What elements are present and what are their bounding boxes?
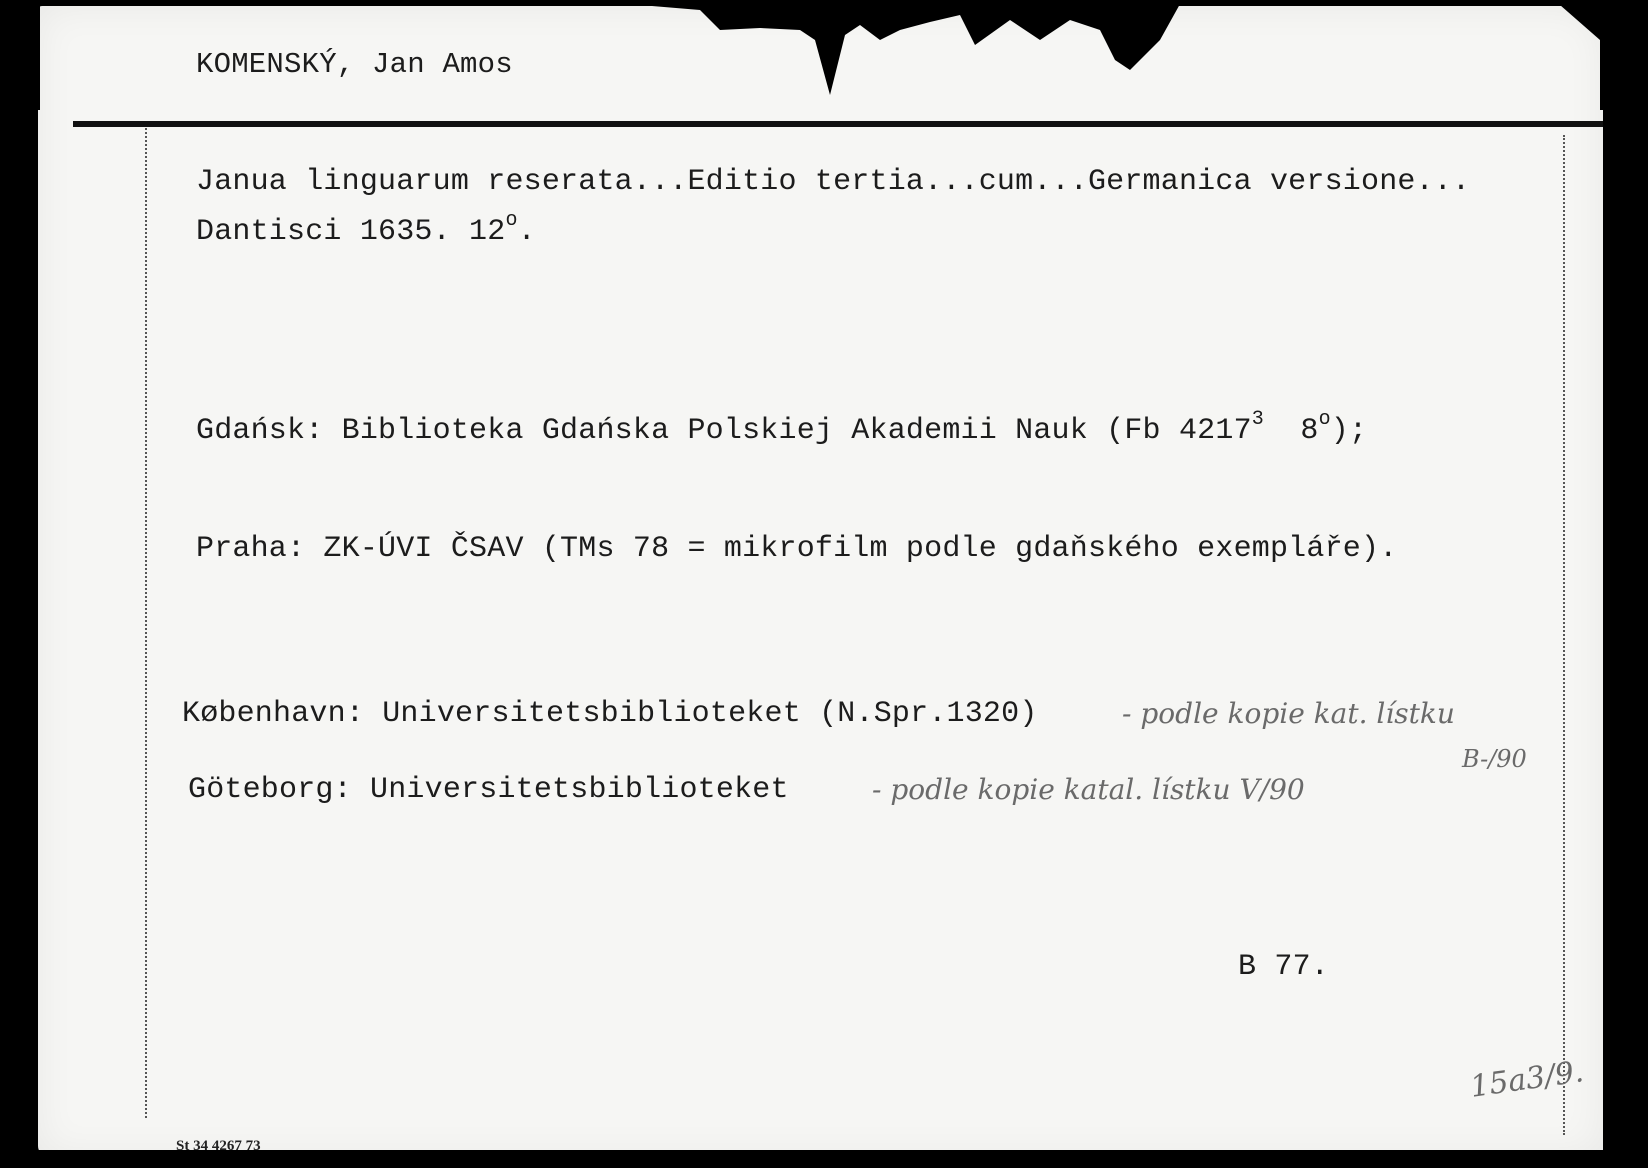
scan-bottom-edge [0,1150,1648,1168]
format-degree: o [1319,408,1331,431]
holding-text: Universitetsbiblioteket [352,773,789,807]
shelf-mark: B 77. [1238,950,1329,984]
holding-place: Praha: [196,532,305,566]
holding-text: Universitetsbiblioteket (N.Spr.1320) [364,697,1038,731]
holding-kobenhavn: København: Universitetsbiblioteket (N.Sp… [182,697,1038,731]
margin-line-left [145,128,147,1118]
holding-place: København: [182,697,364,731]
holding-gdansk: Gdańsk: Biblioteka Gdańska Polskiej Akad… [196,414,1367,448]
card-heading: KOMENSKÝ, Jan Amos [196,48,513,81]
holding-place: Gdańsk: [196,414,323,448]
imprint: Dantisci 1635. 12 [196,215,505,249]
imprint-end: . [518,215,536,249]
holding-text: ZK-ÚVI ČSAV (TMs 78 = mikrofilm podle gd… [305,532,1397,566]
heading-rule [73,121,1603,127]
handwritten-note-kobenhavn: - podle kopie kat. lístku [1122,697,1455,730]
holding-text: 8 [1264,414,1319,448]
holding-place: Göteborg: [188,773,352,807]
holding-praha: Praha: ZK-ÚVI ČSAV (TMs 78 = mikrofilm p… [196,532,1397,566]
holding-goteborg: Göteborg: Universitetsbiblioteket [188,773,789,807]
holding-text: Biblioteka Gdańska Polskiej Akademii Nau… [323,414,1251,448]
title-line-2: Dantisci 1635. 12o. [196,215,536,249]
format-degree: o [505,209,517,232]
margin-line-right [1563,135,1565,1135]
handwritten-margin-note: B-/90 [1462,745,1527,773]
superscript: 3 [1252,408,1264,431]
handwritten-note-goteborg: - podle kopie katal. lístku V/90 [872,773,1305,806]
holding-text: ); [1331,414,1367,448]
title-line-1: Janua linguarum reserata...Editio tertia… [196,165,1470,199]
